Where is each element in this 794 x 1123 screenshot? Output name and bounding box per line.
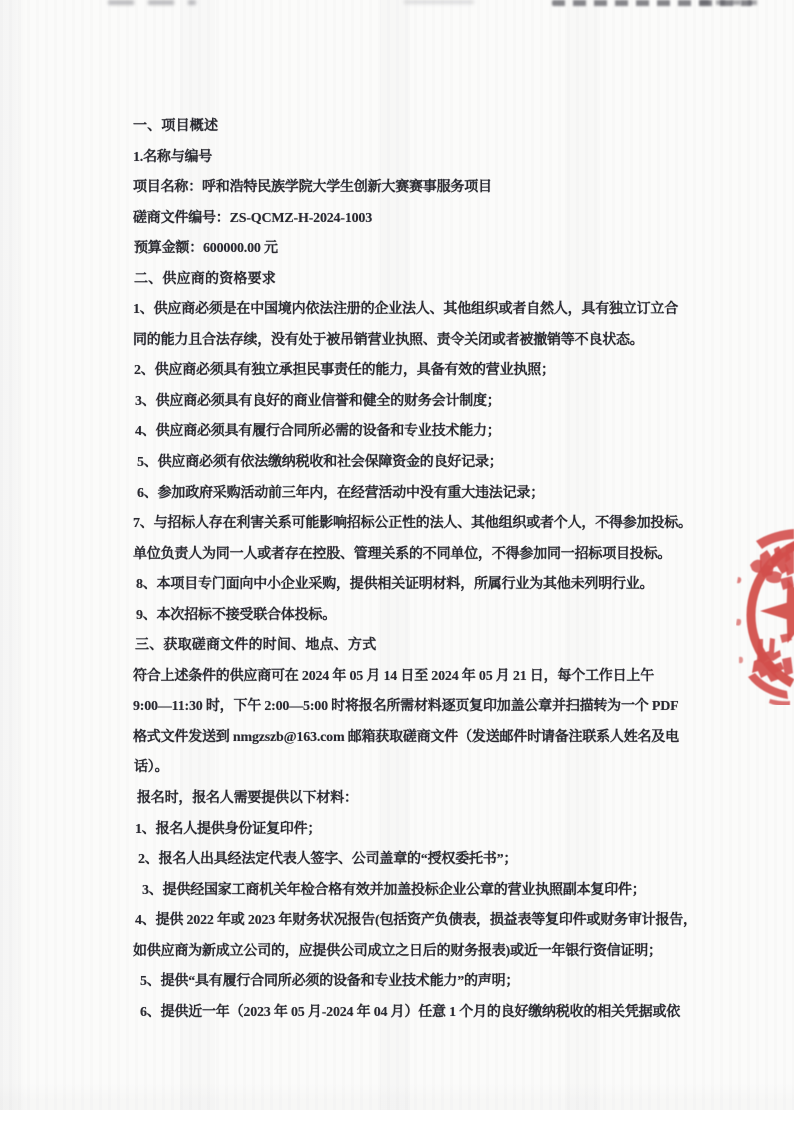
doc-line: 符合上述条件的供应商可在 2024 年 05 月 14 日至 2024 年 05… <box>133 662 733 693</box>
doc-line: 3、供应商必须具有良好的商业信誉和健全的财务会计制度； <box>135 387 733 418</box>
doc-line: 2、供应商必须具有独立承担民事责任的能力，具备有效的营业执照； <box>134 356 733 387</box>
doc-line: 话）。 <box>134 753 733 784</box>
doc-line: 4、供应商必须具有履行合同所必需的设备和专业技术能力； <box>135 417 733 448</box>
doc-line: 6、参加政府采购活动前三年内，在经营活动中没有重大违法记录； <box>137 479 733 510</box>
scan-artifact-top-right <box>552 0 752 6</box>
section-heading: 三、获取磋商文件的时间、地点、方式 <box>135 631 733 662</box>
doc-line: 1、报名人提供身份证复印件； <box>135 815 733 846</box>
doc-line: 8、本项目专门面向中小企业采购，提供相关证明材料，所属行业为其他未列明行业。 <box>136 570 733 601</box>
scan-bottom-edge <box>0 1110 794 1123</box>
doc-line: 5、提供“具有履行合同所必须的设备和专业技术能力”的声明； <box>140 967 733 998</box>
doc-line: 磋商文件编号：ZS-QCMZ-H-2024-1003 <box>133 204 733 235</box>
doc-line: 1、供应商必须是在中国境内依法注册的企业法人、其他组织或者自然人，具有独立订立合 <box>133 295 733 326</box>
doc-line: 格式文件发送到 nmgzszb@163.com 邮箱获取磋商文件（发送邮件时请备… <box>133 723 733 754</box>
scan-artifact-top-right-2 <box>700 0 760 5</box>
doc-line: 4、提供 2022 年或 2023 年财务状况报告(包括资产负债表，损益表等复印… <box>135 906 733 937</box>
doc-line: 报名时，报名人需要提供以下材料： <box>137 784 733 815</box>
doc-line: 5、供应商必须有依法缴纳税收和社会保障资金的良好记录； <box>137 448 733 479</box>
doc-line: 同的能力且合法存续，没有处于被吊销营业执照、责令关闭或者被撤销等不良状态。 <box>133 326 733 357</box>
section-heading: 二、供应商的资格要求 <box>134 265 733 296</box>
doc-line: 项目名称：呼和浩特民族学院大学生创新大赛赛事服务项目 <box>133 173 733 204</box>
scan-artifact-top-middle <box>404 0 474 4</box>
doc-line: 2、报名人出具经法定代表人签字、公司盖章的“授权委托书”； <box>138 845 733 876</box>
doc-line: 单位负责人为同一人或者存在控股、管理关系的不同单位，不得参加同一招标项目投标。 <box>133 540 733 571</box>
doc-line: 9、本次招标不接受联合体投标。 <box>136 601 733 632</box>
section-heading: 一、项目概述 <box>133 112 733 143</box>
doc-line: 如供应商为新成立公司的，应提供公司成立之日后的财务报表)或近一年银行资信证明； <box>133 937 733 968</box>
scanned-document-page: 一、项目概述1.名称与编号项目名称：呼和浩特民族学院大学生创新大赛赛事服务项目磋… <box>0 0 794 1123</box>
doc-line: 1.名称与编号 <box>133 143 733 174</box>
scan-artifact-top-left <box>108 0 196 5</box>
official-seal-stamp-icon <box>736 527 794 705</box>
document-lines: 一、项目概述1.名称与编号项目名称：呼和浩特民族学院大学生创新大赛赛事服务项目磋… <box>133 112 733 1028</box>
doc-line: 预算金额：600000.00 元 <box>134 234 733 265</box>
doc-line: 3、提供经国家工商机关年检合格有效并加盖投标企业公章的营业执照副本复印件； <box>142 876 733 907</box>
doc-line: 9:00—11:30 时，下午 2:00—5:00 时将报名所需材料逐页复印加盖… <box>133 692 733 723</box>
doc-line: 6、提供近一年（2023 年 05 月-2024 年 04 月）任意 1 个月的… <box>140 998 733 1029</box>
doc-line: 7、与招标人存在利害关系可能影响招标公正性的法人、其他组织或者个人，不得参加投标… <box>133 509 733 540</box>
